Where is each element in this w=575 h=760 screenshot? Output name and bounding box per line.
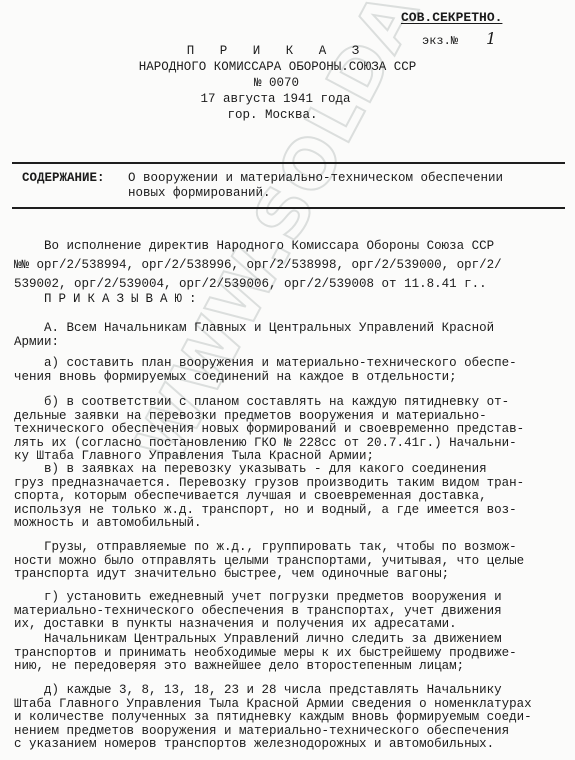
- order-heading: П Р И К А З: [0, 43, 575, 59]
- order-number: № 0070: [0, 75, 575, 91]
- divider-top: [12, 162, 565, 164]
- document-page: WWW.SOLDAT.RU СОВ.СЕКРЕТНО. экз.№1 П Р И…: [0, 0, 575, 760]
- order-date: 17 августа 1941 года: [0, 91, 575, 107]
- item-a: а) составить план вооружения и материаль…: [14, 357, 564, 384]
- cargo-paragraph: Грузы, отправляемые по ж.д., группироват…: [14, 541, 564, 582]
- subject-label: СОДЕРЖАНИЕ:: [22, 171, 105, 185]
- document-title-block: П Р И К А З НАРОДНОГО КОМИССАРА ОБОРОНЫ.…: [0, 43, 575, 123]
- subject-text: О вооружении и материально-техническом о…: [128, 171, 548, 201]
- item-d: д) каждые 3, 8, 13, 18, 23 и 28 числа пр…: [14, 684, 564, 752]
- item-g: г) установить ежедневный учет погрузки п…: [14, 591, 564, 632]
- classification-stamp: СОВ.СЕКРЕТНО.: [401, 10, 502, 25]
- section-a-heading: А. Всем Начальникам Главных и Центральны…: [14, 322, 564, 349]
- chiefs-paragraph: Начальникам Центральных Управлений лично…: [14, 633, 564, 674]
- order-place: гор. Москва.: [0, 107, 575, 123]
- divider-bottom: [12, 207, 565, 209]
- item-b: б) в соответствии с планом составлять на…: [14, 396, 564, 464]
- orders-heading: ПРИКАЗЫВАЮ:: [44, 292, 204, 306]
- intro-paragraph: Во исполнение директив Народного Комисса…: [14, 237, 564, 294]
- issuer-line: НАРОДНОГО КОМИССАРА ОБОРОНЫ.СОЮЗА ССР: [0, 59, 575, 75]
- item-v: в) в заявках на перевозку указывать - дл…: [14, 463, 564, 531]
